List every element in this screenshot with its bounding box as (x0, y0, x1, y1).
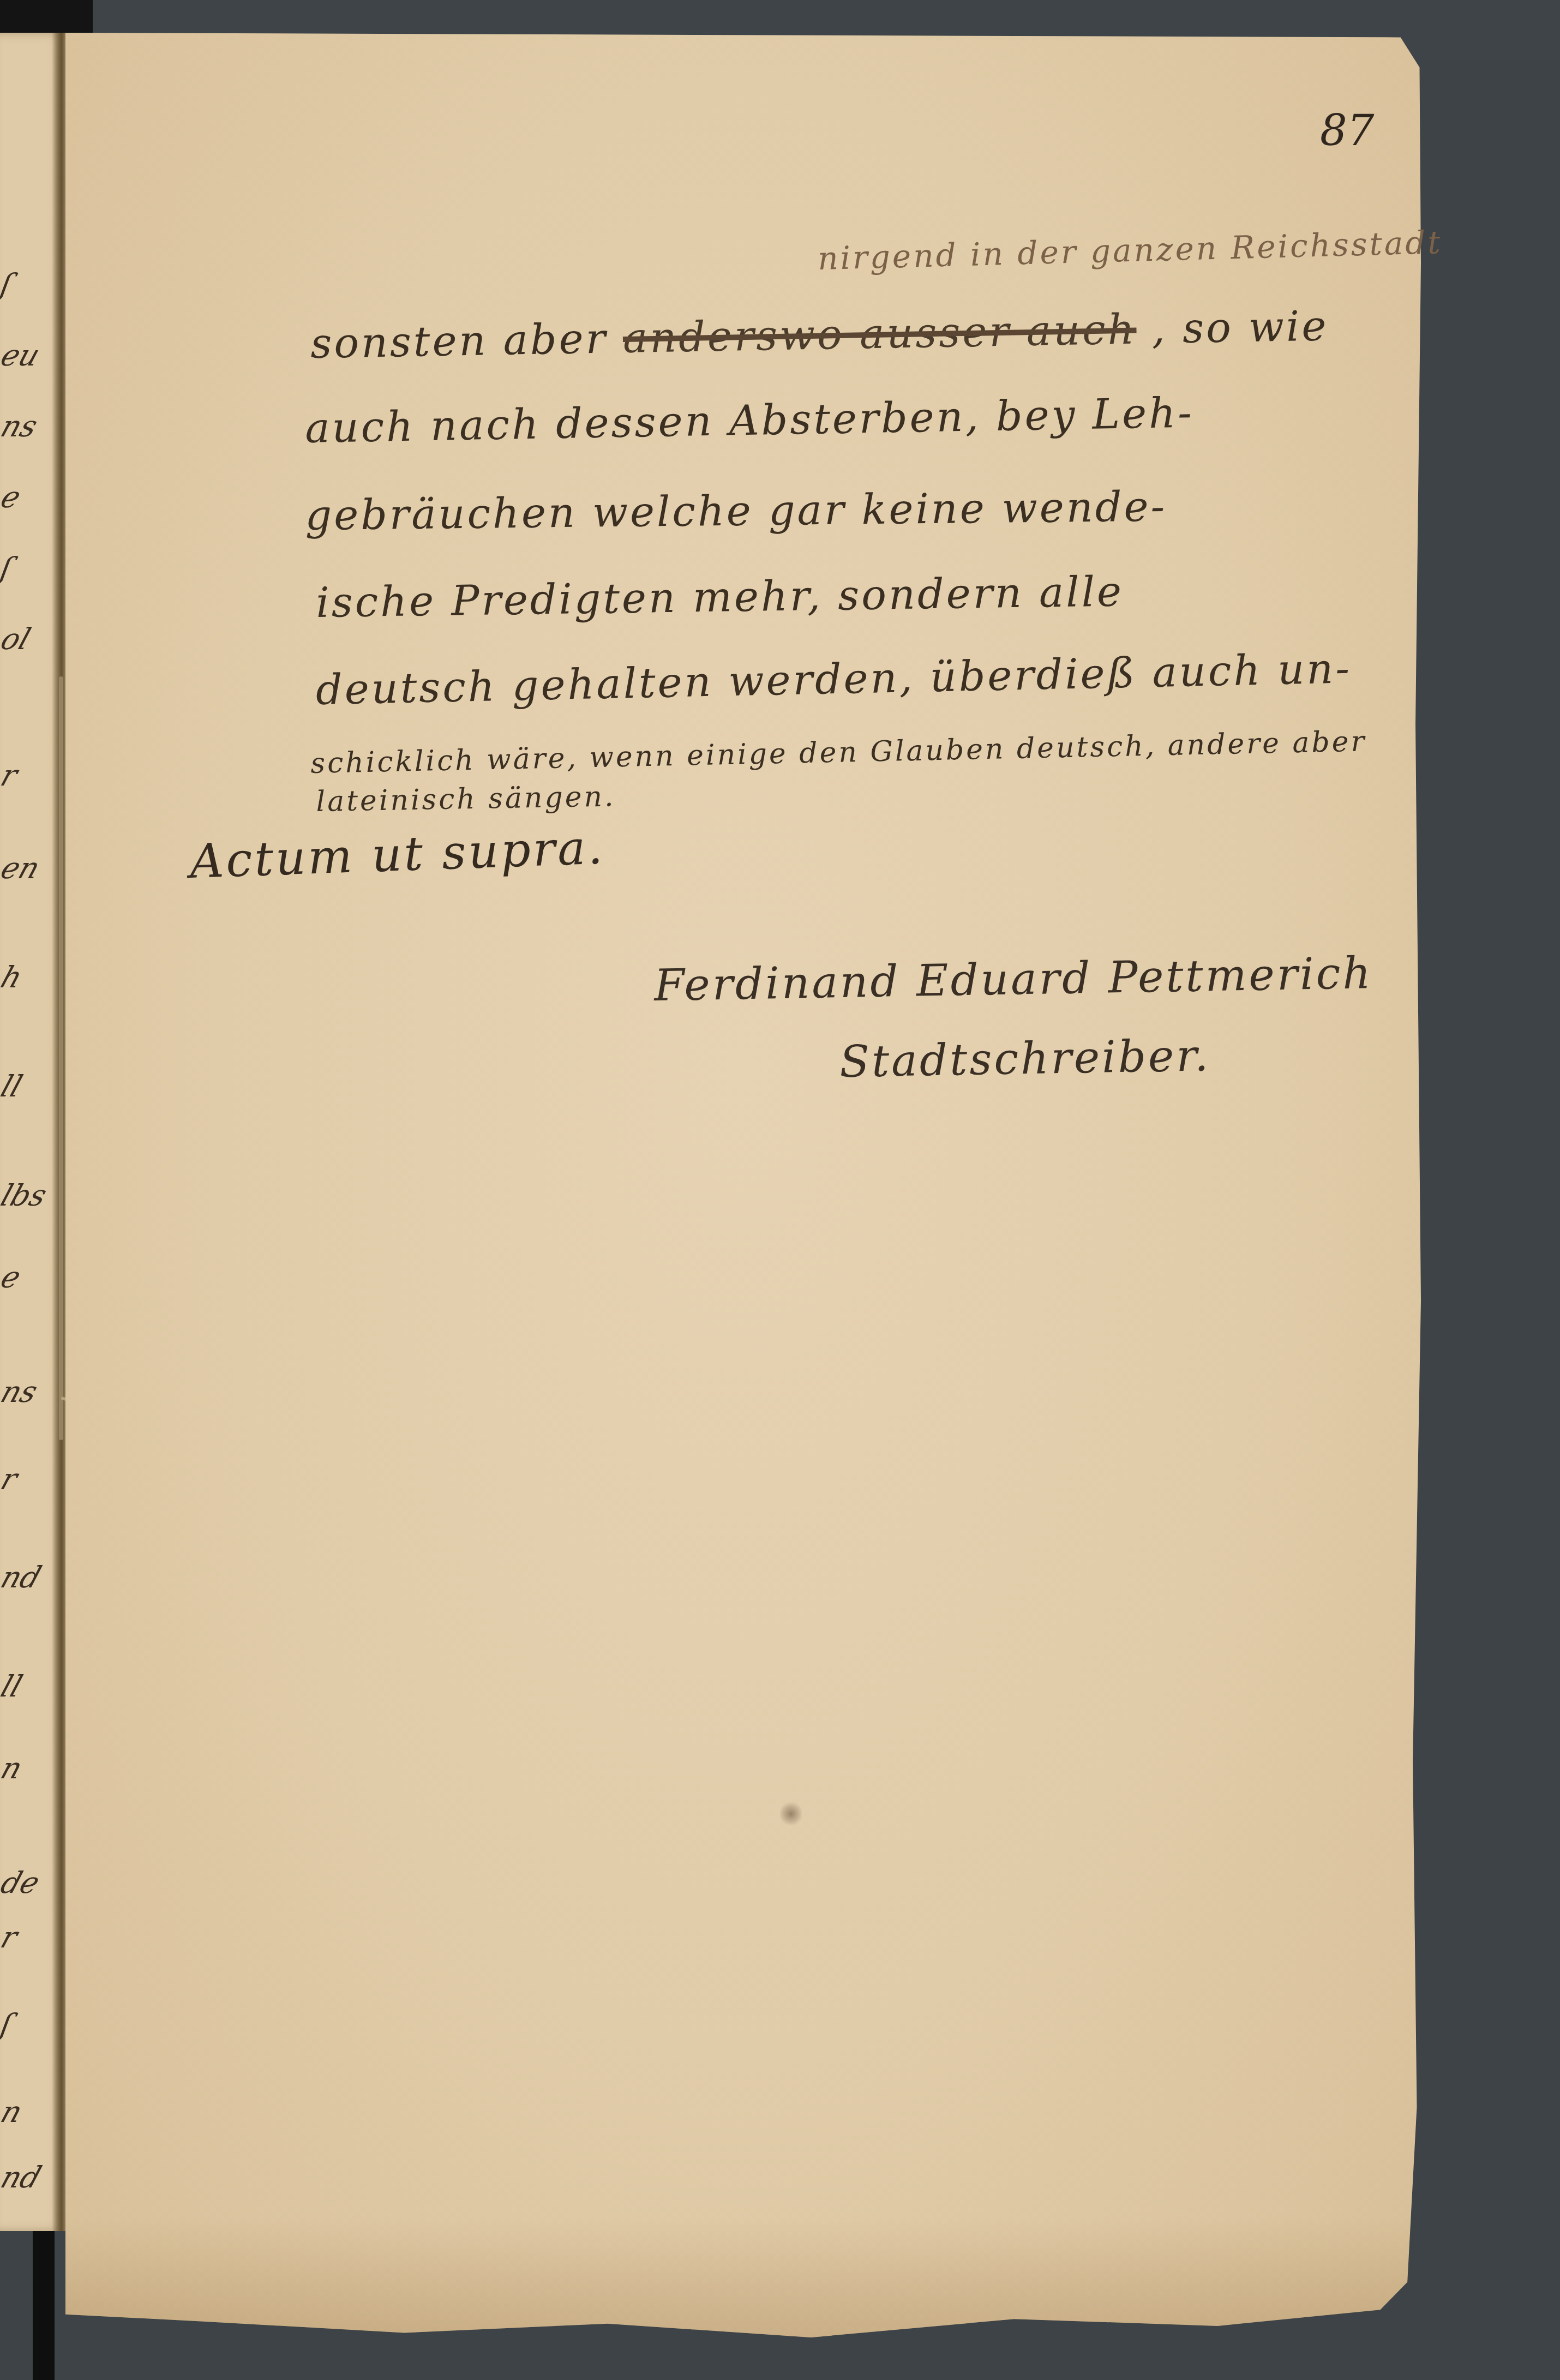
signature-title: Stadtschreiber. (839, 1030, 1211, 1087)
text-line-7: lateinisch sängen. (316, 780, 616, 818)
folio-number: 87 (1320, 106, 1374, 155)
struck-through-text: anderswo ausser auch (622, 305, 1137, 362)
text-line-1-end: , so wie (1151, 301, 1329, 353)
text-line-1-start: sonsten aber (310, 314, 608, 368)
text-line-3: gebräuchen welche gar keine wende- (305, 482, 1167, 539)
scanner-background-bottom-left (33, 2231, 55, 2380)
binding-thread (59, 676, 63, 1440)
paper-stain (780, 1800, 802, 1827)
page-edge-stain (65, 2217, 1421, 2337)
manuscript-page (65, 33, 1421, 2337)
